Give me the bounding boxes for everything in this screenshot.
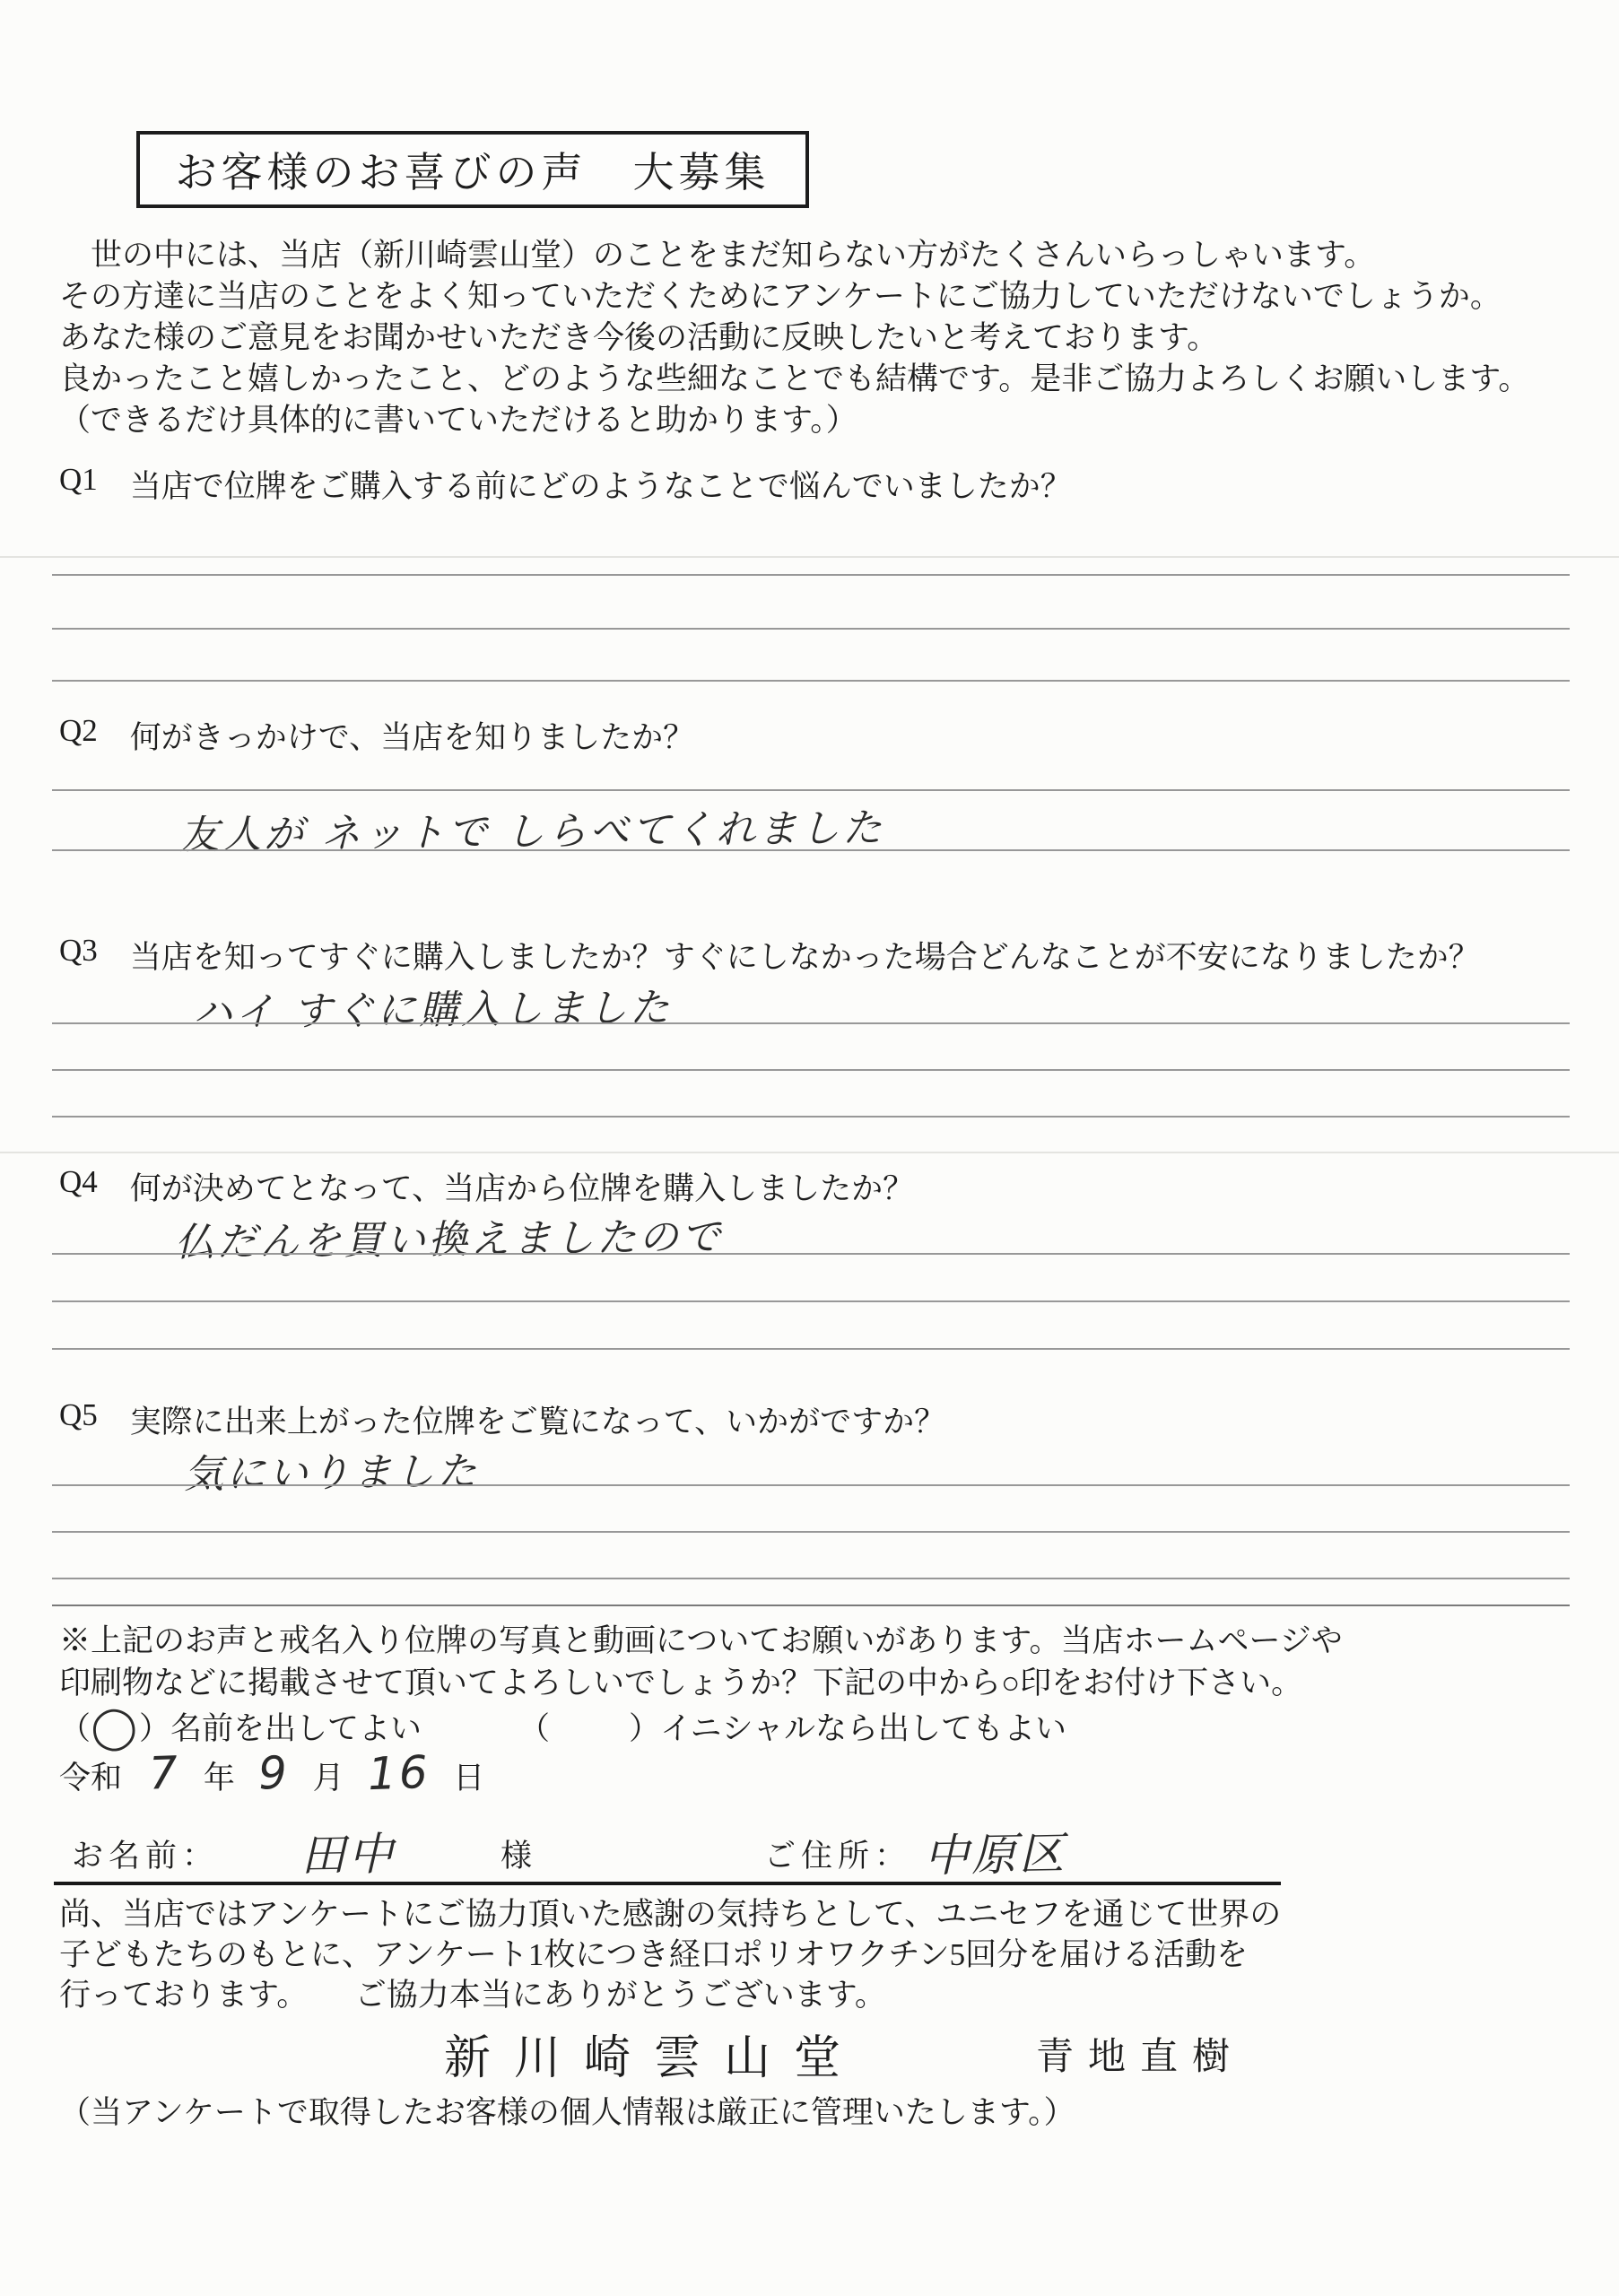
address-label: ご住所： [764,1831,911,1876]
paren-open: （ [59,1704,91,1749]
consent-circle-mark: ◯ [89,1706,141,1747]
intro-line: 世の中には、当店（新川崎雲山堂）のことをまだ知らない方がたくさんいらっしゃいます… [59,235,1529,276]
question-line: Q3 当店を知ってすぐに購入しましたか？すぐにしなかった場合どんなことが不安にな… [59,933,1480,978]
intro-line: その方達に当店のことをよく知っていただくためにアンケートにご協力していただけない… [59,276,1529,317]
intro-line: 良かったこと嬉しかったこと、どのような些細なことでも結構です。是非ご協力よろしく… [59,359,1529,400]
survey-form-page: お客様のお喜びの声 大募集 世の中には、当店（新川崎雲山堂）のことをまだ知らない… [0,0,1619,2296]
month-suffix: 月 [313,1753,344,1798]
consent-options-row: （ ◯ ）名前を出してよい （ ）イニシャルなら出してもよい [59,1704,1066,1749]
question-line: Q1 当店で位牌をご購入する前にどのようなことで悩んでいましたか？ [59,462,1072,507]
date-row: 令和 7 年 9 月 16 日 [59,1747,497,1799]
day-suffix: 日 [453,1753,484,1798]
question-text: 当店を知ってすぐに購入しましたか？すぐにしなかった場合どんなことが不安になりまし… [130,933,1480,978]
question-block-q4: Q4 何が決めてとなって、当店から位牌を購入しましたか？ 仏だんを買い換えました… [0,1164,1619,1399]
answer-line [52,574,1570,576]
question-block-q2: Q2 何がきっかけで、当店を知りましたか？ 友人が ネットで しらべてくれました [0,713,1619,937]
answer-line [52,680,1570,682]
question-number: Q5 [59,1397,98,1442]
representative-name: 青地直樹 [1036,2027,1244,2081]
era-label: 令和 [59,1753,122,1798]
answer-line [52,1531,1570,1533]
answer-line [52,1022,1570,1024]
permission-note: ※上記のお声と戒名入り位牌の写真と動画についてお願いがあります。当店ホームページ… [59,1620,1343,1704]
handwritten-month: 9 [257,1746,291,1799]
paren-open: （ [518,1704,550,1749]
closing-line: 尚、当店ではアンケートにご協力頂いた感謝の気持ちとして、ユニセフを通じて世界の [59,1894,1281,1935]
permission-note-line: ※上記のお声と戒名入り位牌の写真と動画についてお願いがあります。当店ホームページ… [59,1620,1343,1662]
question-line: Q2 何がきっかけで、当店を知りましたか？ [59,713,694,758]
question-line: Q4 何が決めてとなって、当店から位牌を購入しましたか？ [59,1164,914,1209]
permission-note-line: 印刷物などに掲載させて頂いてよろしいでしょうか？下記の中から○印をお付け下さい。 [59,1662,1343,1704]
closing-line: 子どもたちのもとに、アンケート1枚につき経口ポリオワクチン5回分を届ける活動を [59,1935,1281,1975]
handwritten-year: 7 [148,1746,181,1799]
privacy-note: （当アンケートで取得したお客様の個人情報は厳正に管理いたします。） [59,2088,1075,2133]
question-block-q3: Q3 当店を知ってすぐに購入しましたか？すぐにしなかった場合どんなことが不安にな… [0,933,1619,1166]
answer-line [52,789,1570,791]
answer-line [52,1116,1570,1118]
handwritten-address: 中原区 [923,1818,1066,1885]
handwritten-day: 16 [367,1746,431,1800]
question-block-q1: Q1 当店で位牌をご購入する前にどのようなことで悩んでいましたか？ [0,462,1619,722]
section-divider [52,1605,1570,1606]
question-text: 何が決めてとなって、当店から位牌を購入しましたか？ [130,1164,914,1209]
shop-name: 新川崎雲山堂 [444,2020,864,2087]
question-number: Q1 [59,462,98,507]
intro-line: （できるだけ具体的に書いていただけると助かります。） [59,400,1529,441]
answer-line [52,1253,1570,1255]
consent-option-name-ok: ）名前を出してよい [139,1704,422,1749]
consent-option-initial-ok: ）イニシャルなら出してもよい [629,1704,1066,1749]
intro-paragraph: 世の中には、当店（新川崎雲山堂）のことをまだ知らない方がたくさんいらっしゃいます… [59,235,1529,441]
answer-line [52,1348,1570,1350]
name-label: お名前： [72,1831,219,1876]
question-text: 当店で位牌をご購入する前にどのようなことで悩んでいましたか？ [130,462,1072,507]
answer-line [52,1484,1570,1486]
form-title: お客様のお喜びの声 大募集 [176,140,770,199]
answer-line [52,1300,1570,1302]
handwritten-answer: 仏だんを買い換えましたので [175,1205,724,1267]
intro-line: あなた様のご意見をお聞かせいただき今後の活動に反映したいと考えております。 [59,317,1529,359]
answer-line [52,1069,1570,1071]
answer-line [52,628,1570,630]
closing-paragraph: 尚、当店ではアンケートにご協力頂いた感謝の気持ちとして、ユニセフを通じて世界の … [59,1894,1281,2015]
handwritten-answer: 気にいりました [184,1439,480,1499]
question-number: Q2 [59,713,98,758]
question-text: 実際に出来上がった位牌をご覧になって、いかがですか？ [130,1397,945,1442]
year-suffix: 年 [204,1753,235,1798]
question-line: Q5 実際に出来上がった位牌をご覧になって、いかがですか？ [59,1397,945,1442]
closing-line: 行っております。 ご協力本当にありがとうございます。 [59,1975,1281,2015]
shop-signature-line: 新川崎雲山堂 青地直樹 [0,2020,1619,2083]
question-number: Q3 [59,933,98,978]
honorific-label: 様 [500,1831,532,1876]
handwritten-answer: ハイ すぐに購入しました [193,975,673,1038]
form-title-box: お客様のお喜びの声 大募集 [136,131,809,208]
signature-underline [54,1882,1281,1885]
question-block-q5: Q5 実際に出来上がった位牌をご覧になって、いかがですか？ 気にいりました [0,1397,1619,1608]
question-number: Q4 [59,1164,98,1209]
question-text: 何がきっかけで、当店を知りましたか？ [130,713,694,758]
handwritten-name: 田中 [300,1818,396,1884]
answer-line [52,1578,1570,1579]
answer-line [52,849,1570,851]
